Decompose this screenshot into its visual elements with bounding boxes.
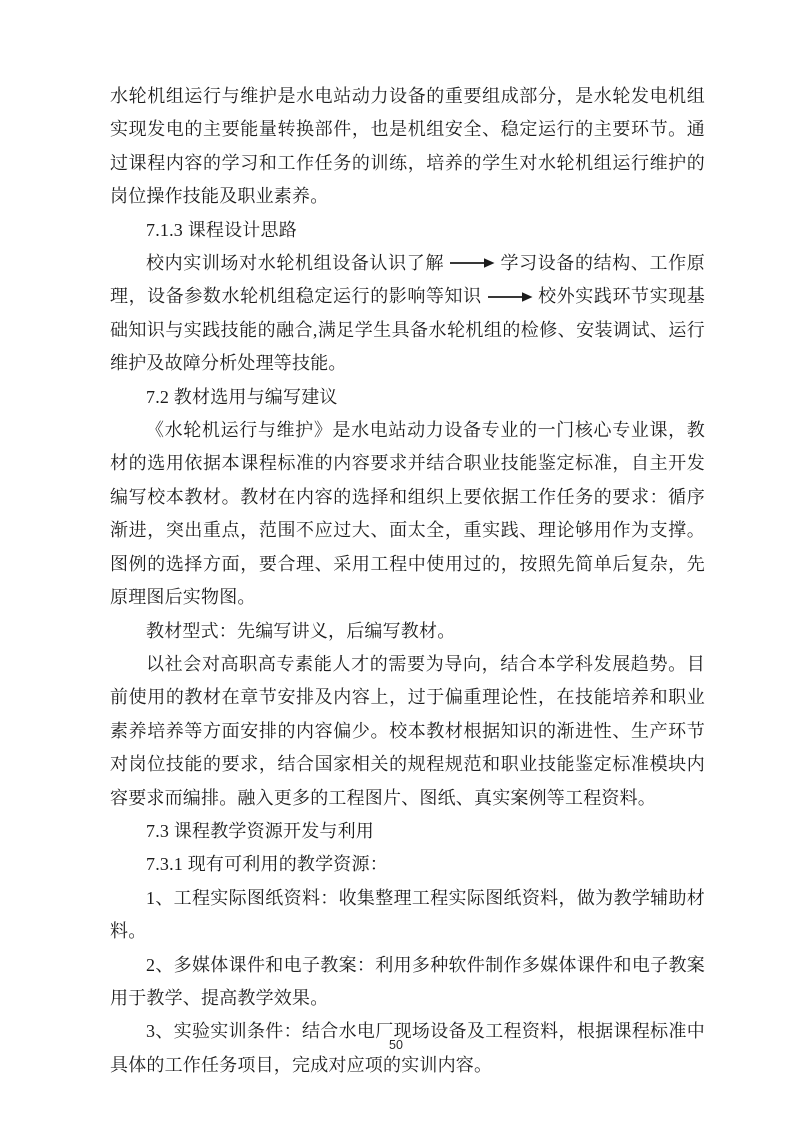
paragraph-course-intro: 水轮机组运行与维护是水电站动力设备的重要组成部分，是水轮发电机组实现发电的主要能… <box>110 80 705 214</box>
paragraph-design-flow: 校内实训场对水轮机组设备认识了解学习设备的结构、工作原理，设备参数水轮机组稳定运… <box>110 247 705 381</box>
page-footer: 50 <box>0 1036 792 1054</box>
paragraph-textbook-orientation: 以社会对高职高专素能人才的需要为导向，结合本学科发展趋势。目前使用的教材在章节安… <box>110 648 705 815</box>
design-flow-step-1: 校内实训场对水轮机组设备认识了解 <box>146 253 444 273</box>
right-arrow-icon <box>487 291 533 303</box>
heading-7-1-3: 7.1.3 课程设计思路 <box>110 214 705 247</box>
right-arrow-icon <box>449 257 495 269</box>
page-number: 50 <box>389 1038 403 1052</box>
paragraph-textbook-selection: 《水轮机运行与维护》是水电站动力设备专业的一门核心专业课，教材的选用依据本课程标… <box>110 414 705 614</box>
resource-item-1: 1、工程实际图纸资料：收集整理工程实际图纸资料，做为教学辅助材料。 <box>110 882 705 949</box>
paragraph-textbook-format: 教材型式：先编写讲义，后编写教材。 <box>110 615 705 648</box>
resource-item-2: 2、多媒体课件和电子教案：利用多种软件制作多媒体课件和电子教案用于教学、提高教学… <box>110 949 705 1016</box>
heading-7-3-1: 7.3.1 现有可利用的教学资源： <box>110 848 705 881</box>
document-body: 水轮机组运行与维护是水电站动力设备的重要组成部分，是水轮发电机组实现发电的主要能… <box>110 80 705 1082</box>
document-page: 水轮机组运行与维护是水电站动力设备的重要组成部分，是水轮发电机组实现发电的主要能… <box>0 0 792 1122</box>
heading-7-3: 7.3 课程教学资源开发与利用 <box>110 815 705 848</box>
heading-7-2: 7.2 教材选用与编写建议 <box>110 381 705 414</box>
